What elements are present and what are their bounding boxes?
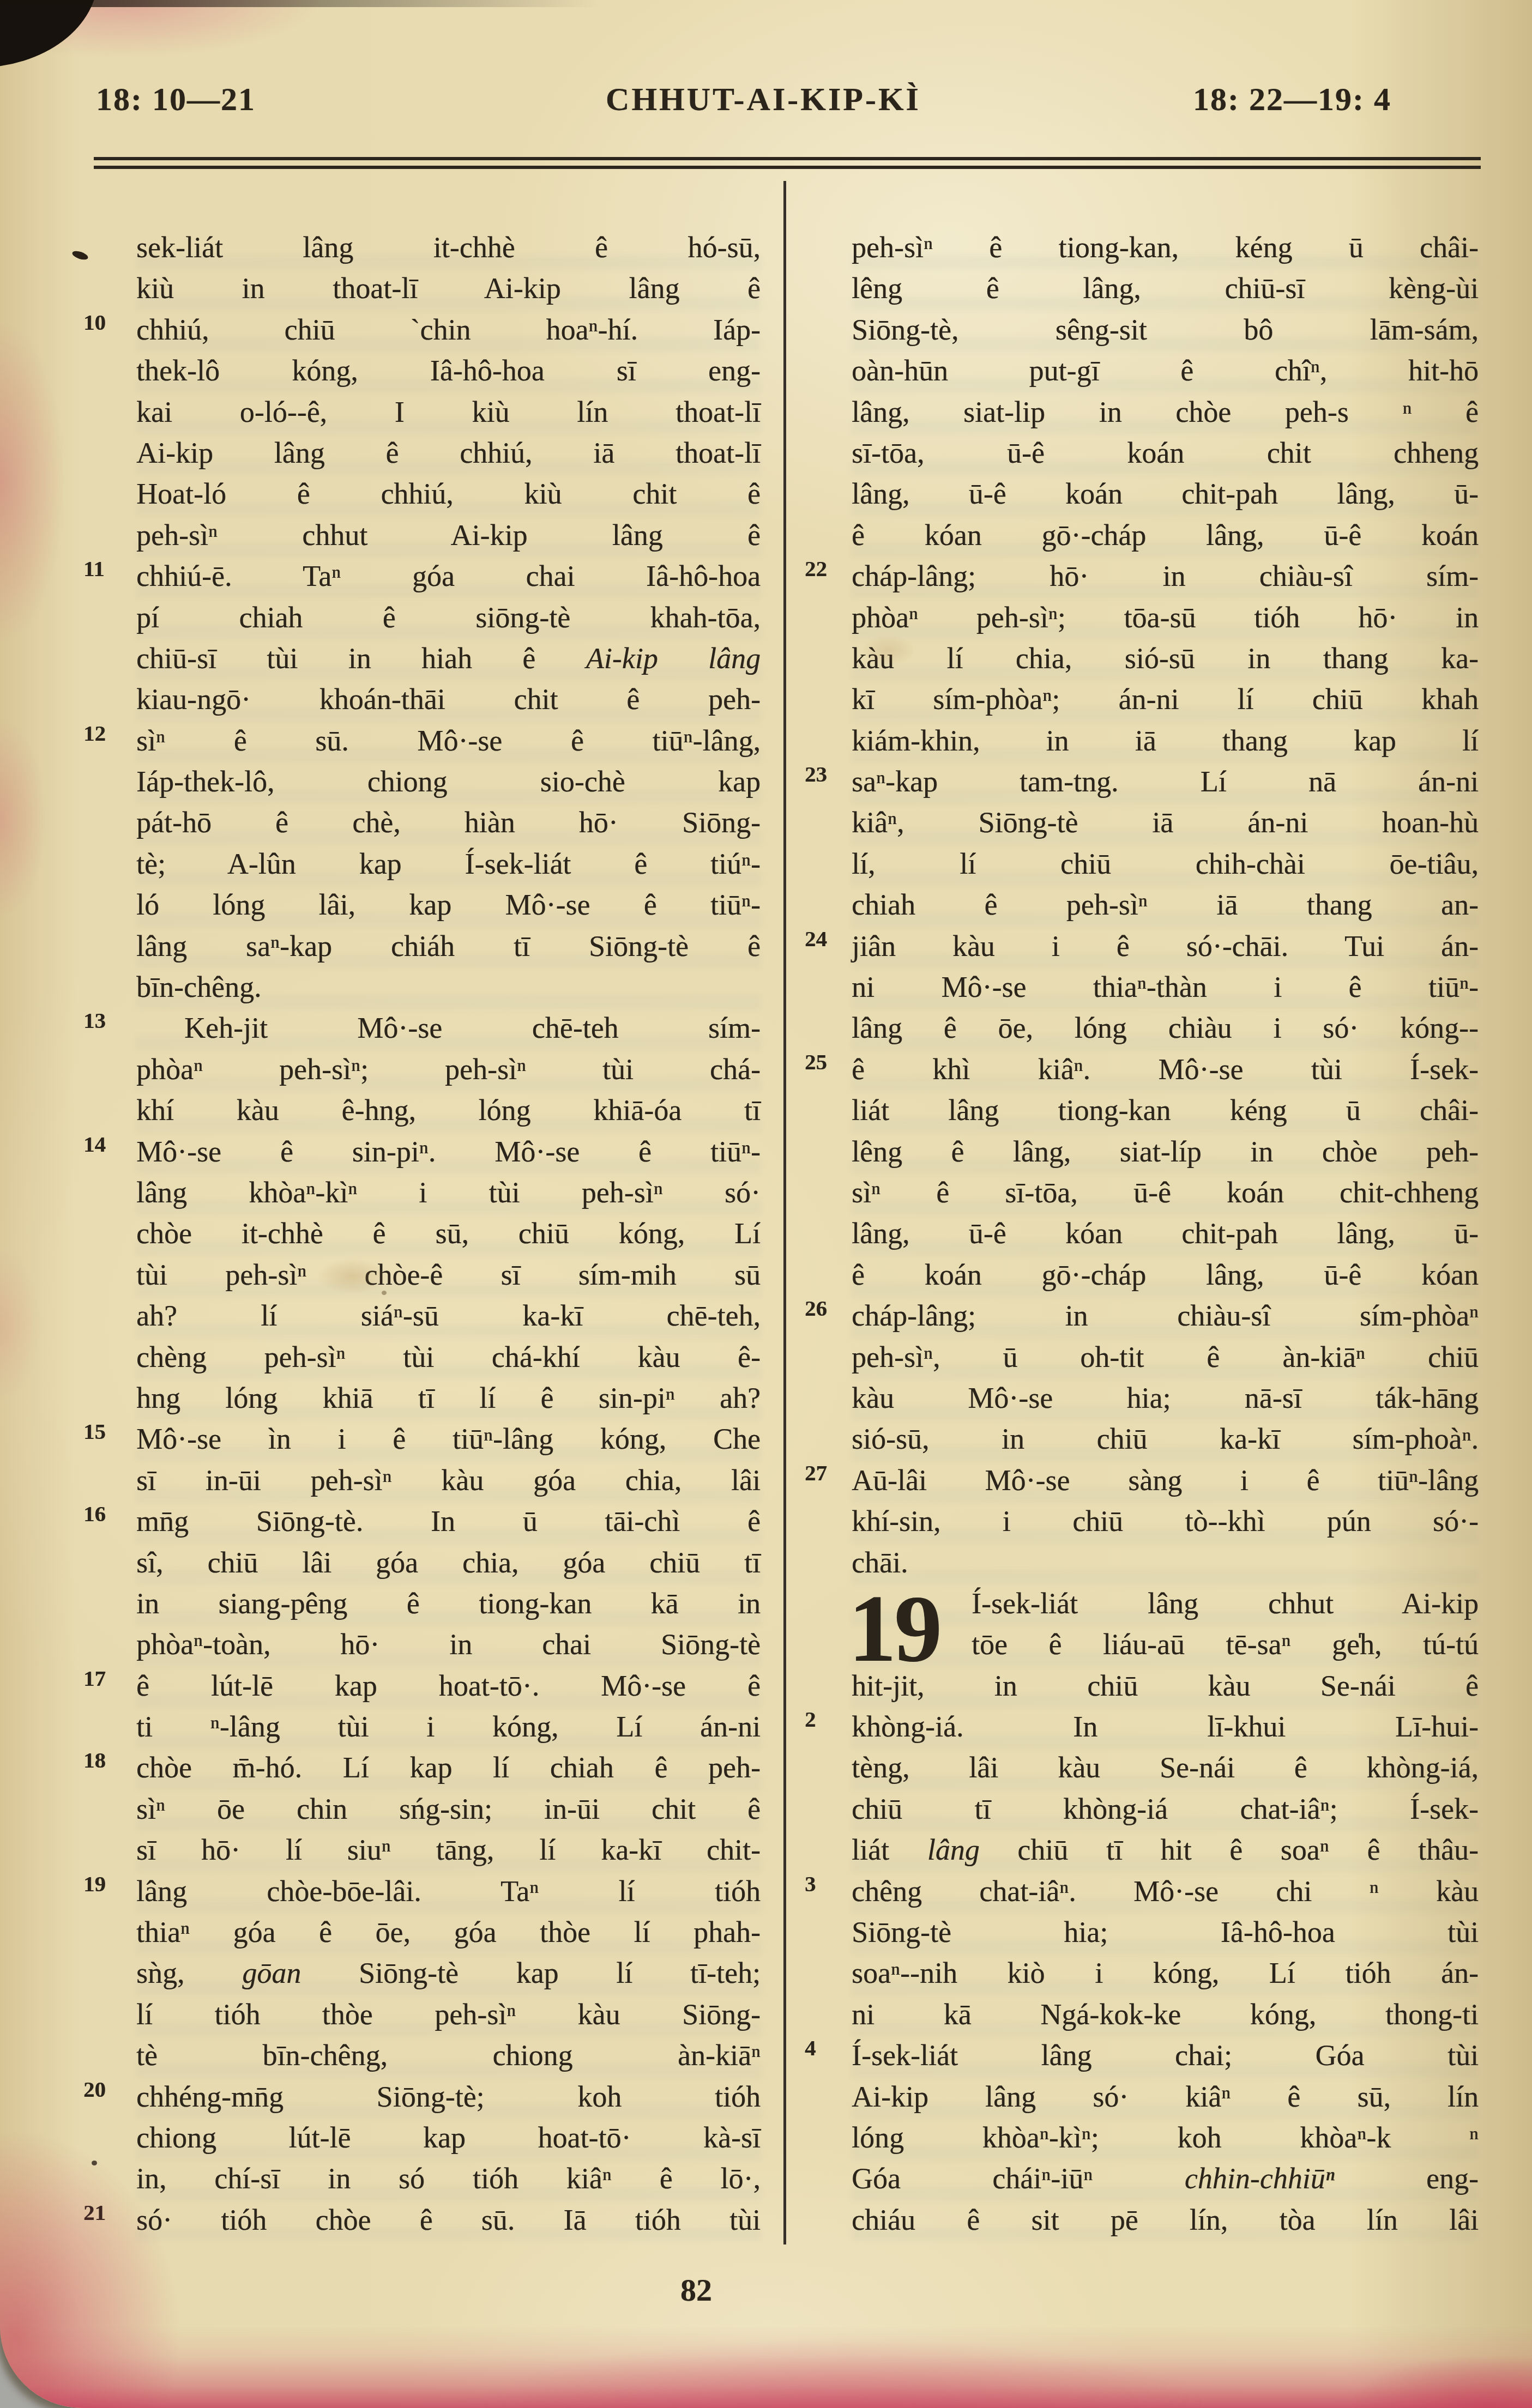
text-line: 14Mô·-se ê sin-piⁿ. Mô·-se ê tiūⁿ-: [136, 1132, 761, 1172]
text-line: tèng, lâi kàu Se-nái ê khòng-iá,: [852, 1747, 1479, 1788]
header-book-title: CHHUT-AI-KIP-KÌ: [556, 81, 970, 118]
text-line: khí-sin, i chiū tò--khì pún só·-: [852, 1501, 1479, 1542]
verse-number: 21: [83, 2201, 106, 2224]
text-line: kī sím-phòaⁿ; án-ni lí chiū khah: [852, 679, 1479, 720]
text-line: kiám-khin, in iā thang kap lí: [852, 721, 1479, 761]
text-line: lâng, ū-ê koán chit-pah lâng, ū-: [852, 474, 1479, 515]
text-line: hit-jit, in chiū kàu Se-nái ê: [852, 1666, 1479, 1707]
text-line: in siang-pêng ê tiong-kan kā in: [136, 1583, 761, 1624]
text-line: chiah ê peh-sìⁿ iā thang an-: [852, 885, 1479, 925]
chapter-number: 19: [848, 1581, 940, 1677]
text-line: tùi peh-sìⁿ chòe-ê sī sím-mih sū: [136, 1255, 761, 1296]
text-line: chiū tī khòng-iá chat-iâⁿ; Í-sek-: [852, 1789, 1479, 1830]
verse-number: 13: [83, 1009, 106, 1032]
text-line: oàn-hūn put-gī ê chîⁿ, hit-hō: [852, 350, 1479, 391]
header-verse-range-left: 18: 10—21: [96, 81, 256, 118]
ink-speck: [92, 2161, 97, 2165]
text-line: 23saⁿ-kap tam-tng. Lí nā án-ni: [852, 761, 1479, 802]
ink-speck: [71, 250, 89, 262]
text-line: 27Aū-lâi Mô·-se sàng i ê tiūⁿ-lâng: [852, 1460, 1479, 1501]
text-line: sî, chiū lâi góa chia, góa chiū tī: [136, 1542, 761, 1583]
text-line: kiau-ngō· khoán-thāi chit ê peh-: [136, 679, 761, 720]
text-line: 13Keh-jit Mô·-se chē-teh sím-: [136, 1008, 761, 1049]
verse-number: 20: [83, 2078, 106, 2101]
text-line: lâng khòaⁿ-kìⁿ i tùi peh-sìⁿ só·: [136, 1172, 761, 1213]
top-edge-shadow: [0, 0, 600, 7]
text-line: 3chêng chat-iâⁿ. Mô·-se chi ⁿ kàu: [852, 1871, 1479, 1912]
text-line: tōe ê liáu-aū tē-saⁿ ge̍h, tú-tú: [852, 1624, 1479, 1665]
text-line: sī hō· lí siuⁿ tāng, lí ka-kī chit-: [136, 1830, 761, 1871]
text-line: sī in-ūi peh-sìⁿ kàu góa chia, lâi: [136, 1460, 761, 1501]
verse-number: 12: [83, 722, 106, 745]
verse-number: 24: [805, 928, 827, 950]
verse-number: 2: [805, 1708, 816, 1731]
text-column-left: sek-liát lâng it-chhè ê hó-sū,kiù in tho…: [136, 227, 761, 2241]
text-line: lí, lí chiū chih-chài ōe-tiâu,: [852, 844, 1479, 885]
verse-number: 10: [83, 311, 106, 334]
text-line: 22cháp-lâng; hō· in chiàu-sî sím-: [852, 556, 1479, 597]
text-line: ni Mô·-se thiaⁿ-thàn i ê tiūⁿ-: [852, 967, 1479, 1008]
verse-number: 11: [83, 558, 105, 580]
text-line: sìⁿ ōe chin sńg-sin; in-ūi chit ê: [136, 1789, 761, 1830]
text-line: kàu lí chia, sió-sū in thang ka-: [852, 638, 1479, 679]
text-line: pát-hō ê chè, hiàn hō· Siōng-: [136, 802, 761, 843]
text-line: lâng ê ōe, lóng chiàu i só· kóng--: [852, 1008, 1479, 1049]
verse-number: 3: [805, 1873, 816, 1895]
text-line: chiū-sī tùi in hiah ê Ai-kip lâng: [136, 638, 761, 679]
text-line: Góa cháiⁿ-iūⁿ chhin-chhiūⁿ eng-: [852, 2158, 1479, 2199]
text-line: tè bīn-chêng, chiong àn-kiāⁿ: [136, 2035, 761, 2076]
text-line: ni kā Ngá-kok-ke kóng, thong-ti: [852, 1994, 1479, 2035]
text-line: 16mn̄g Siōng-tè. In ū tāi-chì ê: [136, 1501, 761, 1542]
text-line: ti ⁿ-lâng tùi i kóng, Lí án-ni: [136, 1707, 761, 1747]
text-line: chòe it-chhè ê sū, chiū kóng, Lí: [136, 1213, 761, 1254]
text-line: kai o-ló--ê, I kiù lín thoat-lī: [136, 392, 761, 433]
text-line: 19lâng chòe-bōe-lâi. Taⁿ lí tióh: [136, 1871, 761, 1912]
text-line: phòaⁿ peh-sìⁿ; tōa-sū tióh hō· in: [852, 597, 1479, 638]
text-line: phòaⁿ-toàn, hō· in chai Siōng-tè: [136, 1624, 761, 1665]
text-line: lâng, ū-ê kóan chit-pah lâng, ū-: [852, 1213, 1479, 1254]
text-line: khí kàu ê-hng, lóng khiā-óa tī: [136, 1090, 761, 1131]
text-column-right: peh-sìⁿ ê tiong-kan, kéng ū châi-lêng ê …: [852, 227, 1479, 2241]
text-line: 4Í-sek-liát lâng chai; Góa tùi: [852, 2035, 1479, 2076]
text-line: 25ê khì kiâⁿ. Mô·-se tùi Í-sek-: [852, 1049, 1479, 1090]
text-line: chèng peh-sìⁿ tùi chá-khí kàu ê-: [136, 1337, 761, 1378]
text-line: hng lóng khiā tī lí ê sin-piⁿ ah?: [136, 1378, 761, 1419]
text-line: 11chhiú-ē. Taⁿ góa chai Iâ-hô-hoa: [136, 556, 761, 597]
text-line: lóng khòaⁿ-kìⁿ; koh khòaⁿ-k ⁿ: [852, 2117, 1479, 2158]
text-line: kiâⁿ, Siōng-tè iā án-ni hoan-hù: [852, 802, 1479, 843]
verse-number: 27: [805, 1462, 827, 1484]
text-line: chiong lút-lē kap hoat-tō· kà-sī: [136, 2117, 761, 2158]
text-line: 2khòng-iá. In lī-khui Lī-hui-: [852, 1707, 1479, 1747]
text-line: liát lâng chiū tī hit ê soaⁿ ê thâu-: [852, 1830, 1479, 1871]
text-line: lêng ê lâng, siat-líp in chòe peh-: [852, 1132, 1479, 1172]
text-line: Ai-kip lâng só· kiâⁿ ê sū, lín: [852, 2077, 1479, 2117]
text-line: bīn-chêng.: [136, 967, 761, 1008]
text-line: Hoat-ló ê chhiú, kiù chit ê: [136, 474, 761, 515]
text-line: sī-tōa, ū-ê koán chit chheng: [852, 433, 1479, 474]
verse-number: 17: [83, 1667, 106, 1690]
text-line: peh-sìⁿ chhut Ai-kip lâng ê: [136, 515, 761, 556]
text-line: Ai-kip lâng ê chhiú, iā thoat-lī: [136, 433, 761, 474]
text-line: soaⁿ--nih kiò i kóng, Lí tióh án-: [852, 1953, 1479, 1994]
double-rule: [94, 157, 1481, 169]
text-line: ê kóan gō·-cháp lâng, ū-ê koán: [852, 515, 1479, 556]
text-line: in, chí-sī in só tióh kiâⁿ ê lō·,: [136, 2158, 761, 2199]
text-line: 24jiân kàu i ê só·-chāi. Tui án-: [852, 926, 1479, 967]
verse-number: 22: [805, 558, 827, 580]
text-line: kàu Mô·-se hia; nā-sī ták-hāng: [852, 1378, 1479, 1419]
verse-number: 14: [83, 1133, 106, 1155]
text-line: phòaⁿ peh-sìⁿ; peh-sìⁿ tùi chá-: [136, 1049, 761, 1090]
text-line: chiáu ê sit pē lín, tòa lín lâi: [852, 2200, 1479, 2241]
text-line: peh-sìⁿ ê tiong-kan, kéng ū châi-: [852, 227, 1479, 268]
text-line: 19Í-sek-liát lâng chhut Ai-kip: [852, 1583, 1479, 1624]
text-line: 12sìⁿ ê sū. Mô·-se ê tiūⁿ-lâng,: [136, 721, 761, 761]
text-line: thiaⁿ góa ê ōe, góa thòe lí phah-: [136, 1912, 761, 1953]
text-line: 21só· tióh chòe ê sū. Iā tióh tùi: [136, 2200, 761, 2241]
column-divider: [783, 181, 786, 2244]
text-line: thek-lô kóng, Iâ-hô-hoa sī eng-: [136, 350, 761, 391]
text-line: tè; A-lûn kap Í-sek-liát ê tiúⁿ-: [136, 844, 761, 885]
text-line: 10chhiú, chiū `chin hoaⁿ-hí. Iáp-: [136, 310, 761, 350]
text-line: 15Mô·-se ìn i ê tiūⁿ-lâng kóng, Che: [136, 1419, 761, 1460]
text-line: sìⁿ ê sī-tōa, ū-ê koán chit-chheng: [852, 1172, 1479, 1213]
verse-number: 18: [83, 1749, 106, 1771]
verse-number: 25: [805, 1051, 827, 1073]
scanned-book-page: { "page": { "header": { "left_ref": "18:…: [0, 0, 1532, 2408]
page-number: 82: [680, 2272, 712, 2308]
text-line: peh-sìⁿ, ū oh-tit ê àn-kiāⁿ chiū: [852, 1337, 1479, 1378]
text-line: lâng, siat-lip in chòe peh-s ⁿ ê: [852, 392, 1479, 433]
text-line: chāi.: [852, 1542, 1479, 1583]
page-paper: 18: 10—21 CHHUT-AI-KIP-KÌ 18: 22—19: 4 s…: [0, 0, 1532, 2408]
header-verse-range-right: 18: 22—19: 4: [1193, 81, 1391, 118]
text-line: pí chiah ê siōng-tè khah-tōa,: [136, 597, 761, 638]
verse-number: 19: [83, 1873, 106, 1895]
text-line: 17ê lút-lē kap hoat-tō·. Mô·-se ê: [136, 1666, 761, 1707]
text-line: ê koán gō·-cháp lâng, ū-ê kóan: [852, 1255, 1479, 1296]
verse-number: 4: [805, 2037, 816, 2059]
text-line: sek-liát lâng it-chhè ê hó-sū,: [136, 227, 761, 268]
text-line: liát lâng tiong-kan kéng ū châi-: [852, 1090, 1479, 1131]
verse-number: 26: [805, 1297, 827, 1320]
text-line: ló lóng lâi, kap Mô·-se ê tiūⁿ-: [136, 885, 761, 925]
text-line: 18chòe m̄-hó. Lí kap lí chiah ê peh-: [136, 1747, 761, 1788]
text-line: 20chhéng-mn̄g Siōng-tè; koh tióh: [136, 2077, 761, 2117]
text-line: lâng saⁿ-kap chiáh tī Siōng-tè ê: [136, 926, 761, 967]
text-line: kiù in thoat-lī Ai-kip lâng ê: [136, 268, 761, 309]
verse-number: 16: [83, 1503, 106, 1525]
verse-number: 23: [805, 763, 827, 785]
text-line: Siōng-tè hia; Iâ-hô-hoa tùi: [852, 1912, 1479, 1953]
text-line: 26cháp-lâng; in chiàu-sî sím-phòaⁿ: [852, 1296, 1479, 1336]
text-line: Iáp-thek-lô, chiong sio-chè kap: [136, 761, 761, 802]
foxing-spot: [382, 1291, 387, 1295]
text-line: ah? lí siáⁿ-sū ka-kī chē-teh,: [136, 1296, 761, 1336]
text-line: sǹg, gōan Siōng-tè kap lí tī-teh;: [136, 1953, 761, 1994]
verse-number: 15: [83, 1420, 106, 1443]
text-line: sió-sū, in chiū ka-kī sím-phoàⁿ.: [852, 1419, 1479, 1460]
text-line: lêng ê lâng, chiū-sī kèng-ùi: [852, 268, 1479, 309]
text-line: lí tióh thòe peh-sìⁿ kàu Siōng-: [136, 1994, 761, 2035]
text-line: Siōng-tè, sêng-sit bô lām-sám,: [852, 310, 1479, 350]
